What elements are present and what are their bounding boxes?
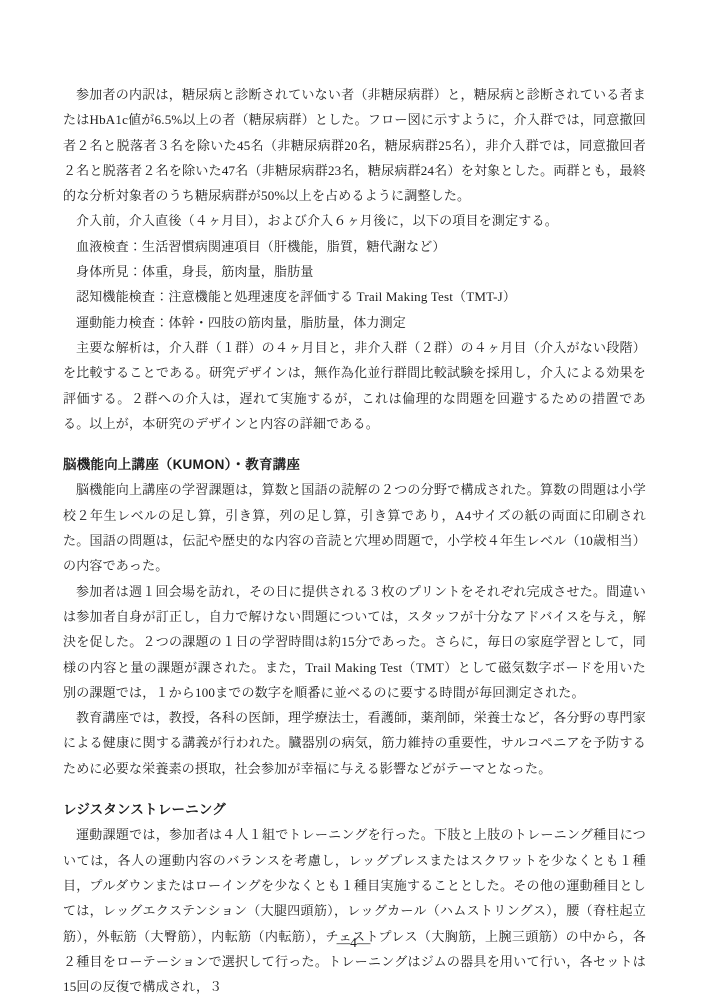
paragraph-measurement-timing: 介入前，介入直後（４ヶ月目），および介入６ヶ月後に，以下の項目を測定する。 — [63, 208, 646, 233]
page-content: 参加者の内訳は，糖尿病と診断されていない者（非糖尿病群）と，糖尿病と診断されてい… — [63, 82, 646, 999]
paragraph-analysis-and-design: 主要な解析は，介入群（１群）の４ヶ月目と，非介入群（２群）の４ヶ月目（介入がない… — [63, 335, 646, 436]
paragraph-kumon-weekly-procedure: 参加者は週１回会場を訪れ，その日に提供される３枚のプリントをそれぞれ完成させた。… — [63, 579, 646, 705]
section-heading-kumon-education: 脳機能向上講座（KUMON）・教育講座 — [63, 452, 646, 477]
paragraph-kumon-learning-tasks: 脳機能向上講座の学習課題は，算数と国語の読解の２つの分野で構成された。算数の問題… — [63, 477, 646, 578]
section-heading-resistance-training: レジスタンストレーニング — [63, 797, 646, 822]
list-item-physical-findings: 身体所見：体重，身長，筋肉量，脂肪量 — [63, 259, 646, 284]
list-item-cognitive-test: 認知機能検査：注意機能と処理速度を評価する Trail Making Test（… — [63, 284, 646, 309]
list-item-motor-ability-test: 運動能力検査：体幹・四肢の筋肉量，脂肪量，体力測定 — [63, 310, 646, 335]
paragraph-resistance-training: 運動課題では，参加者は４人１組でトレーニングを行った。下肢と上肢のトレーニング種… — [63, 822, 646, 999]
document-page: 参加者の内訳は，糖尿病と診断されていない者（非糖尿病群）と，糖尿病と診断されてい… — [0, 0, 707, 1000]
list-item-blood-test: 血液検査：生活習慣病関連項目（肝機能，脂質，糖代謝など） — [63, 234, 646, 259]
paragraph-education-course: 教育講座では，教授，各科の医師，理学療法士，看護師，薬剤師，栄養士など，各分野の… — [63, 705, 646, 781]
page-number: —4— — [0, 933, 707, 953]
paragraph-participants-breakdown: 参加者の内訳は，糖尿病と診断されていない者（非糖尿病群）と，糖尿病と診断されてい… — [63, 82, 646, 208]
